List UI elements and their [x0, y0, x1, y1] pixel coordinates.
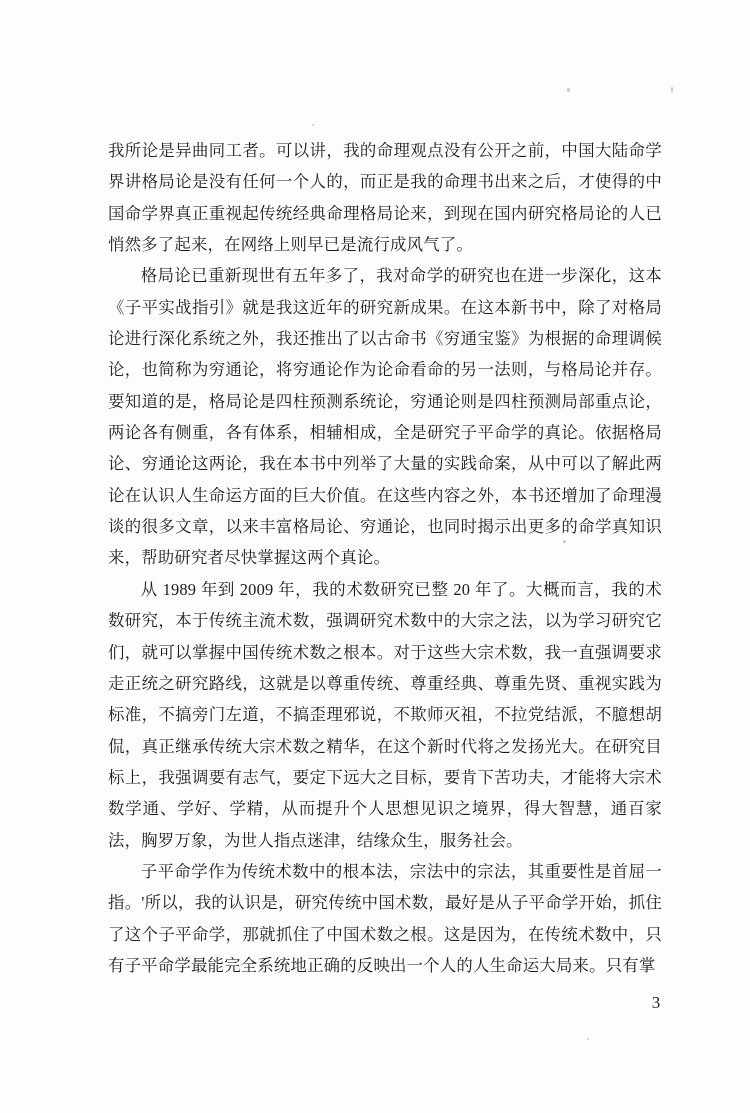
- text-line: 走正统之研究路线，这就是以尊重传统、尊重经典、尊重先贤、重视实践为: [108, 668, 662, 699]
- text-line: 侃，真正继承传统大宗术数之精华，在这个新时代将之发扬光大。在研究目: [108, 731, 662, 762]
- text-line: 要知道的是，格局论是四柱预测系统论，穷通论则是四柱预测局部重点论，: [108, 386, 662, 417]
- text-line: 从 1989 年到 2009 年，我的术数研究已整 20 年了。大概而言，我的术: [108, 574, 662, 605]
- page-number: 3: [644, 993, 668, 1013]
- text-line: 格局论已重新现世有五年多了，我对命学的研究也在进一步深化，这本: [108, 260, 662, 291]
- text-line: 我所论是异曲同工者。可以讲，我的命理观点没有公开之前，中国大陆命学: [108, 135, 662, 166]
- text-line: 标准，不搞旁门左道，不搞歪理邪说，不欺师灭祖，不拉党结派，不臆想胡: [108, 699, 662, 730]
- text-line: 子平命学作为传统术数中的根本法，宗法中的宗法，其重要性是首屈一: [108, 856, 662, 887]
- text-line: 论，也简称为穷通论，将穷通论作为论命看命的另一法则，与格局论并存。: [108, 354, 662, 385]
- text-line: 来，帮助研究者尽快掌握这两个真论。: [108, 542, 662, 573]
- text-block: 我所论是异曲同工者。可以讲，我的命理观点没有公开之前，中国大陆命学界讲格局论是没…: [108, 135, 662, 981]
- scan-speck: [671, 87, 673, 92]
- text-line: 有子平命学最能完全系统地正确的反映出一个人的人生命运大局来。只有掌: [108, 950, 662, 981]
- text-line: 悄然多了起来，在网络上则早已是流行成风气了。: [108, 229, 662, 260]
- text-line: 论在认识人生命运方面的巨大价值。在这些内容之外，本书还增加了命理漫: [108, 480, 662, 511]
- text-line: 论进行深化系统之外，我还推出了以古命书《穷通宝鉴》为根据的命理调候: [108, 323, 662, 354]
- text-line: 两论各有侧重，各有体系，相辅相成，全是研究子平命学的真论。依据格局: [108, 417, 662, 448]
- text-line: 了这个子平命学，那就抓住了中国术数之根。这是因为，在传统术数中，只: [108, 919, 662, 950]
- text-line: 谈的很多文章，以来丰富格局论、穷通论，也同时揭示出更多的命学真知识: [108, 511, 662, 542]
- scan-speck: [312, 124, 314, 126]
- scan-speck: [567, 88, 570, 92]
- text-line: 们，就可以掌握中国传统术数之根本。对于这些大宗术数，我一直强调要求: [108, 637, 662, 668]
- text-line: 论、穷通论这两论，我在本书中列举了大量的实践命案，从中可以了解此两: [108, 448, 662, 479]
- paragraph: 从 1989 年到 2009 年，我的术数研究已整 20 年了。大概而言，我的术…: [108, 574, 662, 856]
- paragraph: 子平命学作为传统术数中的根本法，宗法中的宗法，其重要性是首屈一指。'所以，我的认…: [108, 856, 662, 981]
- paragraph: 格局论已重新现世有五年多了，我对命学的研究也在进一步深化，这本《子平实战指引》就…: [108, 260, 662, 573]
- book-page: 我所论是异曲同工者。可以讲，我的命理观点没有公开之前，中国大陆命学界讲格局论是没…: [0, 0, 750, 1113]
- text-line: 法，胸罗万象，为世人指点迷津，结缘众生，服务社会。: [108, 825, 662, 856]
- text-line: 界讲格局论是没有任何一个人的，而正是我的命理书出来之后，才使得的中: [108, 166, 662, 197]
- text-line: 《子平实战指引》就是我这近年的研究新成果。在这本新书中，除了对格局: [108, 292, 662, 323]
- text-line: 国命学界真正重视起传统经典命理格局论来，到现在国内研究格局论的人已: [108, 198, 662, 229]
- scan-speck: [587, 1038, 589, 1040]
- scan-speck: [563, 540, 566, 543]
- text-line: 数研究，本于传统主流术数，强调研究术数中的大宗之法，以为学习研究它: [108, 605, 662, 636]
- text-line: 指。'所以，我的认识是，研究传统中国术数，最好是从子平命学开始，抓住: [108, 887, 662, 918]
- text-line: 数学通、学好、学精，从而提升个人思想见识之境界，得大智慧，通百家: [108, 793, 662, 824]
- text-line: 标上，我强调要有志气，要定下远大之目标，要肯下苦功夫，才能将大宗术: [108, 762, 662, 793]
- paragraph: 我所论是异曲同工者。可以讲，我的命理观点没有公开之前，中国大陆命学界讲格局论是没…: [108, 135, 662, 260]
